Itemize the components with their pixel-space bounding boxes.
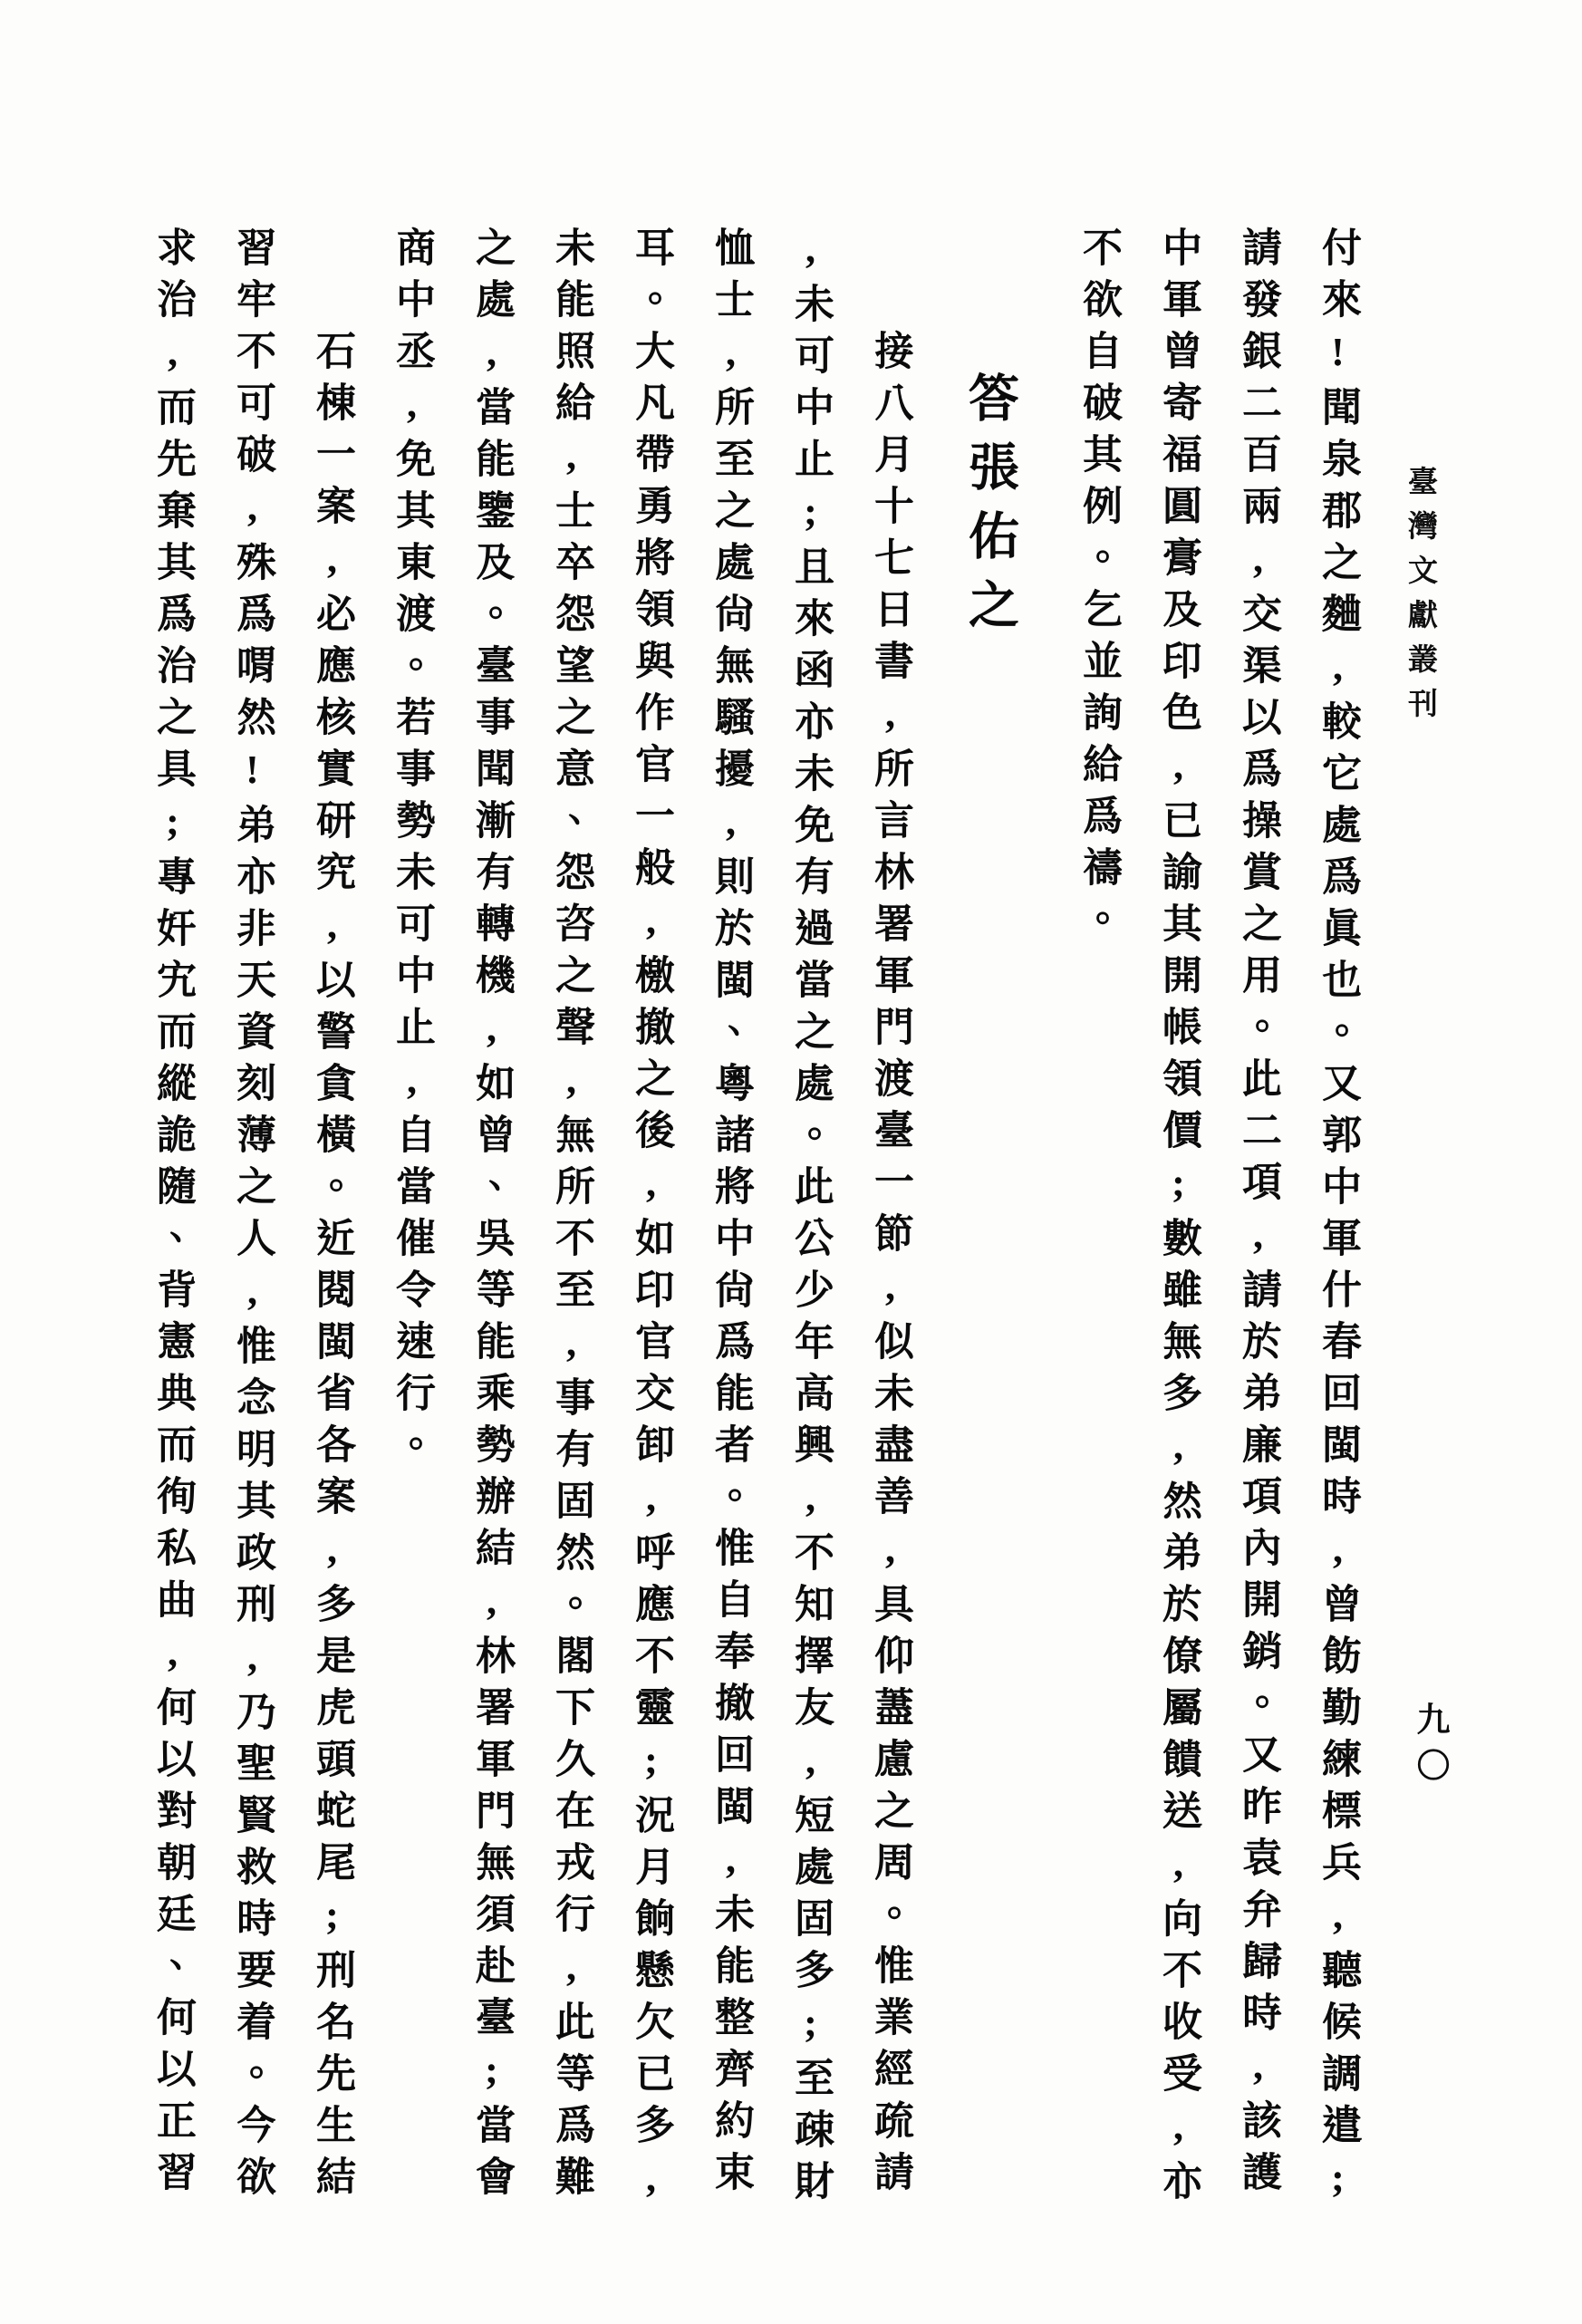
letter1-column-1: 付來!聞泉郡之麯,較它處爲眞也。又郭中軍什春回閩時,曾飭勤練標兵,聽候調遣;: [1297, 227, 1377, 2220]
letter2-column-7: 商中丞,免其東渡。若事勢未可中止,自當催令速行。: [371, 227, 451, 2220]
letter2-column-2: ,未可中止;且來函亦未免有過當之處。此公少年高興,不知擇友,短處固多;至疎財: [770, 227, 850, 2220]
letter1-column-4: 不欲自破其例。乞並詢給爲禱。: [1058, 227, 1138, 2220]
letter2-column-4: 耳。大凡帶勇將領與作官一般,檄撤之後,如印官交卸,呼應不靈;況月餉懸欠已多,: [611, 227, 690, 2220]
letter1-column-2: 請發銀二百兩,交渠以爲操賞之用。此二項,請於弟廉項內開銷。又昨袁弁歸時,該護: [1218, 227, 1297, 2220]
letter1-column-3: 中軍曾寄福圓膏及印色,已諭其開帳領價;數雖無多,然弟於僚屬饋送,向不收受,亦: [1138, 227, 1218, 2220]
letter-text-block: 付來!聞泉郡之麯,較它處爲眞也。又郭中軍什春回閩時,曾飭勤練標兵,聽候調遣; 請…: [132, 227, 1377, 2220]
letter2-column-9: 習牢不可破,殊爲喟然!弟亦非天資刻薄之人,惟念明其政刑,乃聖賢救時要着。今欲: [212, 227, 292, 2220]
scanned-book-page: 臺灣文獻叢刊 九〇 付來!聞泉郡之麯,較它處爲眞也。又郭中軍什春回閩時,曾飭勤練…: [0, 0, 1582, 2324]
series-title: 臺灣文獻叢刊: [1399, 466, 1442, 732]
letter2-column-10: 求治,而先棄其爲治之具;專奸宄而縱詭隨、背憲典而徇私曲,何以對朝廷、何以正習: [132, 227, 212, 2220]
letter2-heading: 答張佑之: [944, 227, 1035, 2220]
page-number: 九〇: [1404, 1702, 1453, 1794]
letter2-column-6: 之處,當能鑒及。臺事聞漸有轉機,如曾、吳等能乘勢辦結,林署軍門無須赴臺;當會: [451, 227, 531, 2220]
letter2-column-3: 恤士,所至之處尙無騷擾,則於閩、粵諸將中尙爲能者。惟自奉撤回閩,未能整齊約束: [690, 227, 770, 2220]
letter2-column-8: 石棟一案,必應核實研究,以警貪橫。近閱閩省各案,多是虎頭蛇尾;刑名先生結: [292, 227, 371, 2220]
letter2-column-5: 未能照給,士卒怨望之意、怨咨之聲,無所不至,事有固然。閣下久在戎行,此等爲難: [531, 227, 611, 2220]
letter2-column-1: 接八月十七日書,所言林署軍門渡臺一節,似未盡善,具仰藎慮之周。惟業經疏請: [850, 227, 930, 2220]
